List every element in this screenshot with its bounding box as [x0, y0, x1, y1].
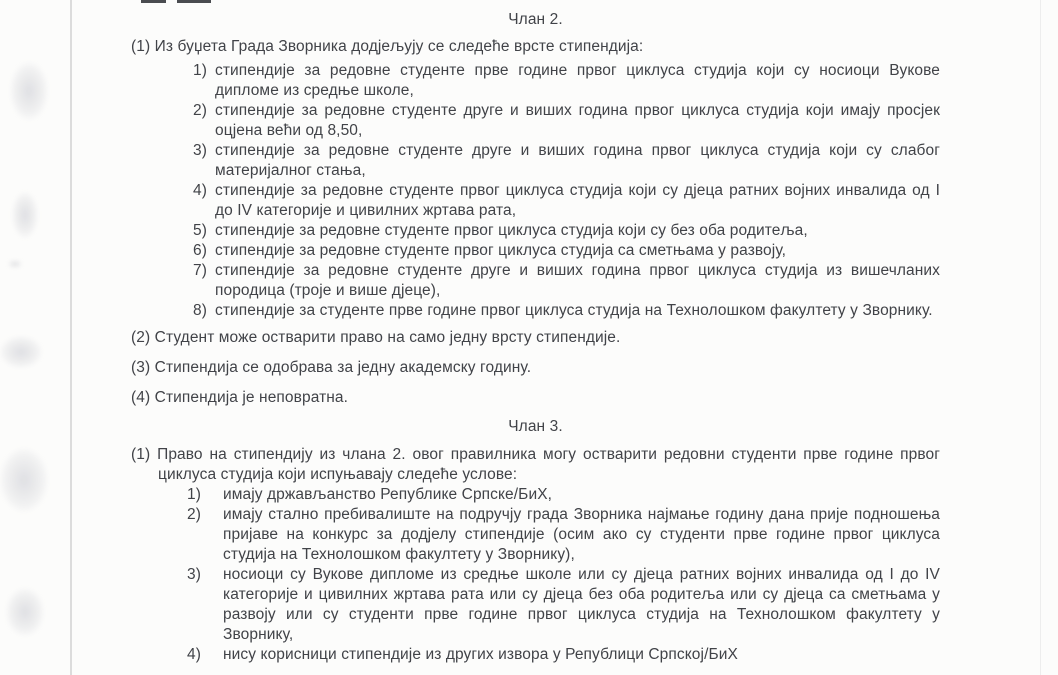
article-3-paragraph-1: (1) Право на стипендију из члана 2. овог… [131, 445, 940, 485]
list-item: 4)стипендије за редовне студенте првог ц… [131, 181, 940, 221]
scan-smudge [0, 448, 48, 512]
cropped-text-artifact [177, 0, 211, 3]
item-text: нису корисници стипендије из других изво… [223, 646, 738, 663]
item-text: стипендије за редовне студенте првог цик… [215, 222, 808, 239]
paragraph-text: Стипендија је неповратна. [155, 389, 348, 406]
eligibility-conditions-list: 1)имају држављанство Републике Српске/Би… [131, 485, 940, 665]
list-item: 7)стипендије за редовне студенте друге и… [131, 261, 940, 301]
scan-smudge [0, 336, 42, 368]
paragraph-text: Из буџета Града Зворника додјељују се сл… [155, 38, 644, 55]
item-text: стипендије за редовне студенте друге и в… [215, 142, 940, 179]
paragraph-text: Право на стипендију из члана 2. овог пра… [157, 446, 940, 483]
item-number: 3) [187, 565, 201, 585]
item-number: 4) [187, 645, 201, 665]
item-text: стипендије за студенте прве године првог… [215, 302, 933, 319]
list-item: 3)стипендије за редовне студенте друге и… [131, 141, 940, 181]
item-number: 1) [193, 61, 207, 81]
item-text: имају држављанство Републике Српске/БиХ, [223, 486, 552, 503]
scanned-document-page: { "document": { "article2": { "heading":… [0, 0, 1058, 675]
article-2-paragraph-3: (3) Стипендија се одобрава за једну акад… [131, 358, 940, 378]
list-item: 2)стипендије за редовне студенте друге и… [131, 101, 940, 141]
list-item: 1)имају држављанство Републике Српске/Би… [131, 485, 940, 505]
item-number: 2) [187, 505, 201, 525]
list-item: 6)стипендије за редовне студенте првог ц… [131, 241, 940, 261]
item-text: стипендије за редовне студенте прве годи… [215, 62, 940, 99]
list-item: 3)носиоци су Вукове дипломе из средње шк… [131, 565, 940, 645]
document-text-block: Члан 2. (1) Из буџета Града Зворника дод… [131, 10, 940, 665]
paragraph-text: Стипендија се одобрава за једну академск… [155, 359, 531, 376]
item-text: стипендије за редовне студенте друге и в… [215, 262, 940, 299]
scan-smudge [6, 588, 44, 636]
item-number: 1) [187, 485, 201, 505]
item-text: стипендије за редовне студенте првог цик… [215, 182, 940, 219]
paragraph-marker: (4) [131, 389, 150, 406]
page-left-edge-line [70, 0, 72, 675]
scan-smudge [10, 62, 48, 120]
list-item: 1)стипендије за редовне студенте прве го… [131, 61, 940, 101]
article-2-heading: Члан 2. [131, 10, 940, 30]
paragraph-marker: (3) [131, 359, 150, 376]
list-item: 2)имају стално пребивалиште на подручју … [131, 505, 940, 565]
item-number: 5) [193, 221, 207, 241]
item-text: стипендије за редовне студенте првог цик… [215, 242, 786, 259]
item-number: 6) [193, 241, 207, 261]
scholarship-types-list: 1)стипендије за редовне студенте прве го… [131, 61, 940, 321]
article-2-paragraph-2: (2) Студент може остварити право на само… [131, 328, 940, 348]
paragraph-marker: (1) [131, 446, 150, 463]
paragraph-marker: (2) [131, 329, 150, 346]
list-item: 4)нису корисници стипендије из других из… [131, 645, 940, 665]
item-text: стипендије за редовне студенте друге и в… [215, 102, 940, 139]
cropped-text-artifact [141, 0, 166, 3]
item-number: 8) [193, 301, 207, 321]
article-3-heading: Члан 3. [131, 417, 940, 437]
article-2-paragraph-1: (1) Из буџета Града Зворника додјељују с… [131, 37, 940, 57]
item-number: 3) [193, 141, 207, 161]
scan-smudge [8, 260, 22, 268]
paragraph-marker: (1) [131, 38, 150, 55]
list-item: 5)стипендије за редовне студенте првог ц… [131, 221, 940, 241]
list-item: 8)стипендије за студенте прве године прв… [131, 301, 940, 321]
article-2-paragraph-4: (4) Стипендија је неповратна. [131, 388, 940, 408]
item-text: носиоци су Вукове дипломе из средње школ… [223, 566, 940, 643]
item-number: 4) [193, 181, 207, 201]
page-right-edge-line [1040, 0, 1041, 675]
paragraph-text: Студент може остварити право на само јед… [155, 329, 621, 346]
item-number: 7) [193, 261, 207, 281]
item-number: 2) [193, 101, 207, 121]
scan-smudge [12, 192, 38, 238]
item-text: имају стално пребивалиште на подручју гр… [223, 506, 940, 563]
